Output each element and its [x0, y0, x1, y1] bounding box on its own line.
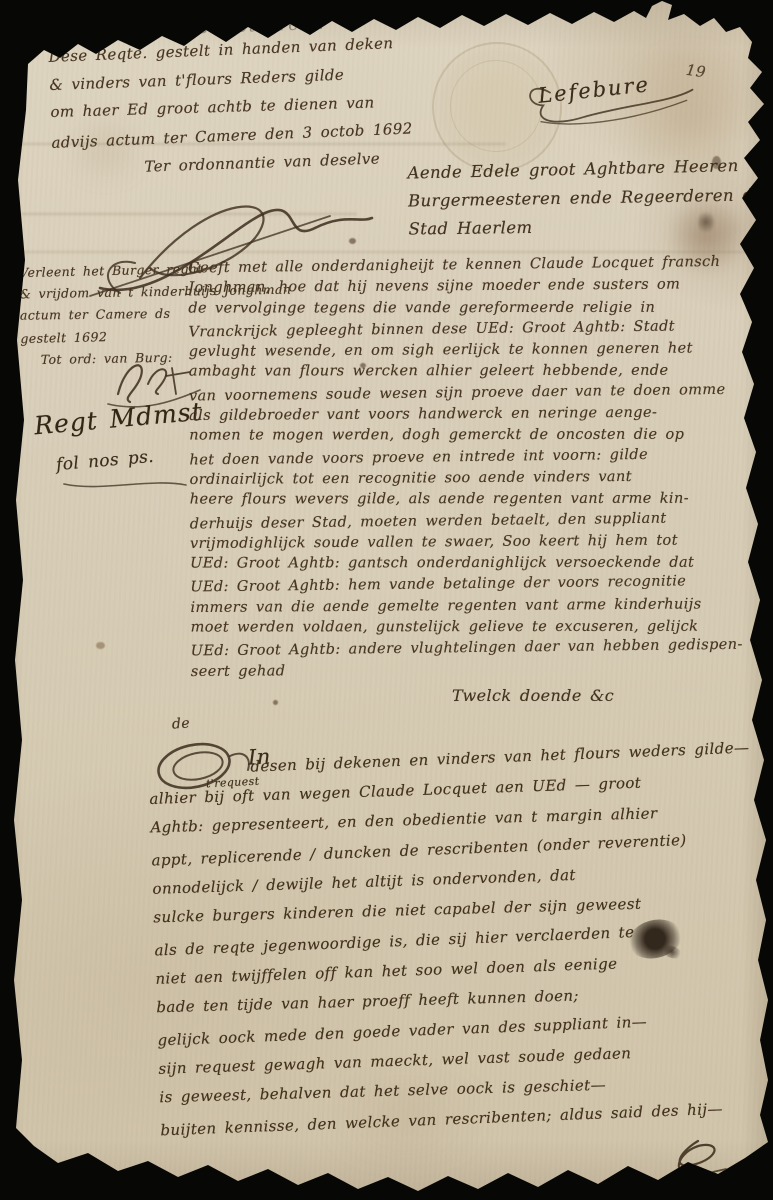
address-block: Aende Edele groot Aghtbare HeerenBurgerm…: [407, 151, 773, 245]
address-line: Stad Haerlem: [408, 210, 773, 244]
registration-note: Dese Reqte. gestelt in handen van deken&…: [48, 29, 414, 184]
ink-speck: [273, 700, 278, 705]
scanned-manuscript-1692: 3 Oct. 1692 Dese Reqte. gestelt in hande…: [0, 0, 773, 1200]
ink-speck: [96, 642, 105, 649]
petition-closing: Twelck doende &c: [452, 686, 614, 705]
manuscript-paper: 3 Oct. 1692 Dese Reqte. gestelt in hande…: [0, 0, 773, 1200]
approval-signature: Lefebure: [537, 72, 651, 108]
registry-underline: [60, 478, 190, 492]
rescript-catchword: de: [171, 715, 190, 732]
bottom-paraph: [648, 1135, 738, 1197]
registry-stamp-line1: Regt Mdmst: [33, 397, 204, 441]
petition-body: Geeft met alle onderdanigheijt te kennen…: [188, 253, 743, 683]
registry-stamp-line2: fol nos ps.: [55, 447, 154, 475]
